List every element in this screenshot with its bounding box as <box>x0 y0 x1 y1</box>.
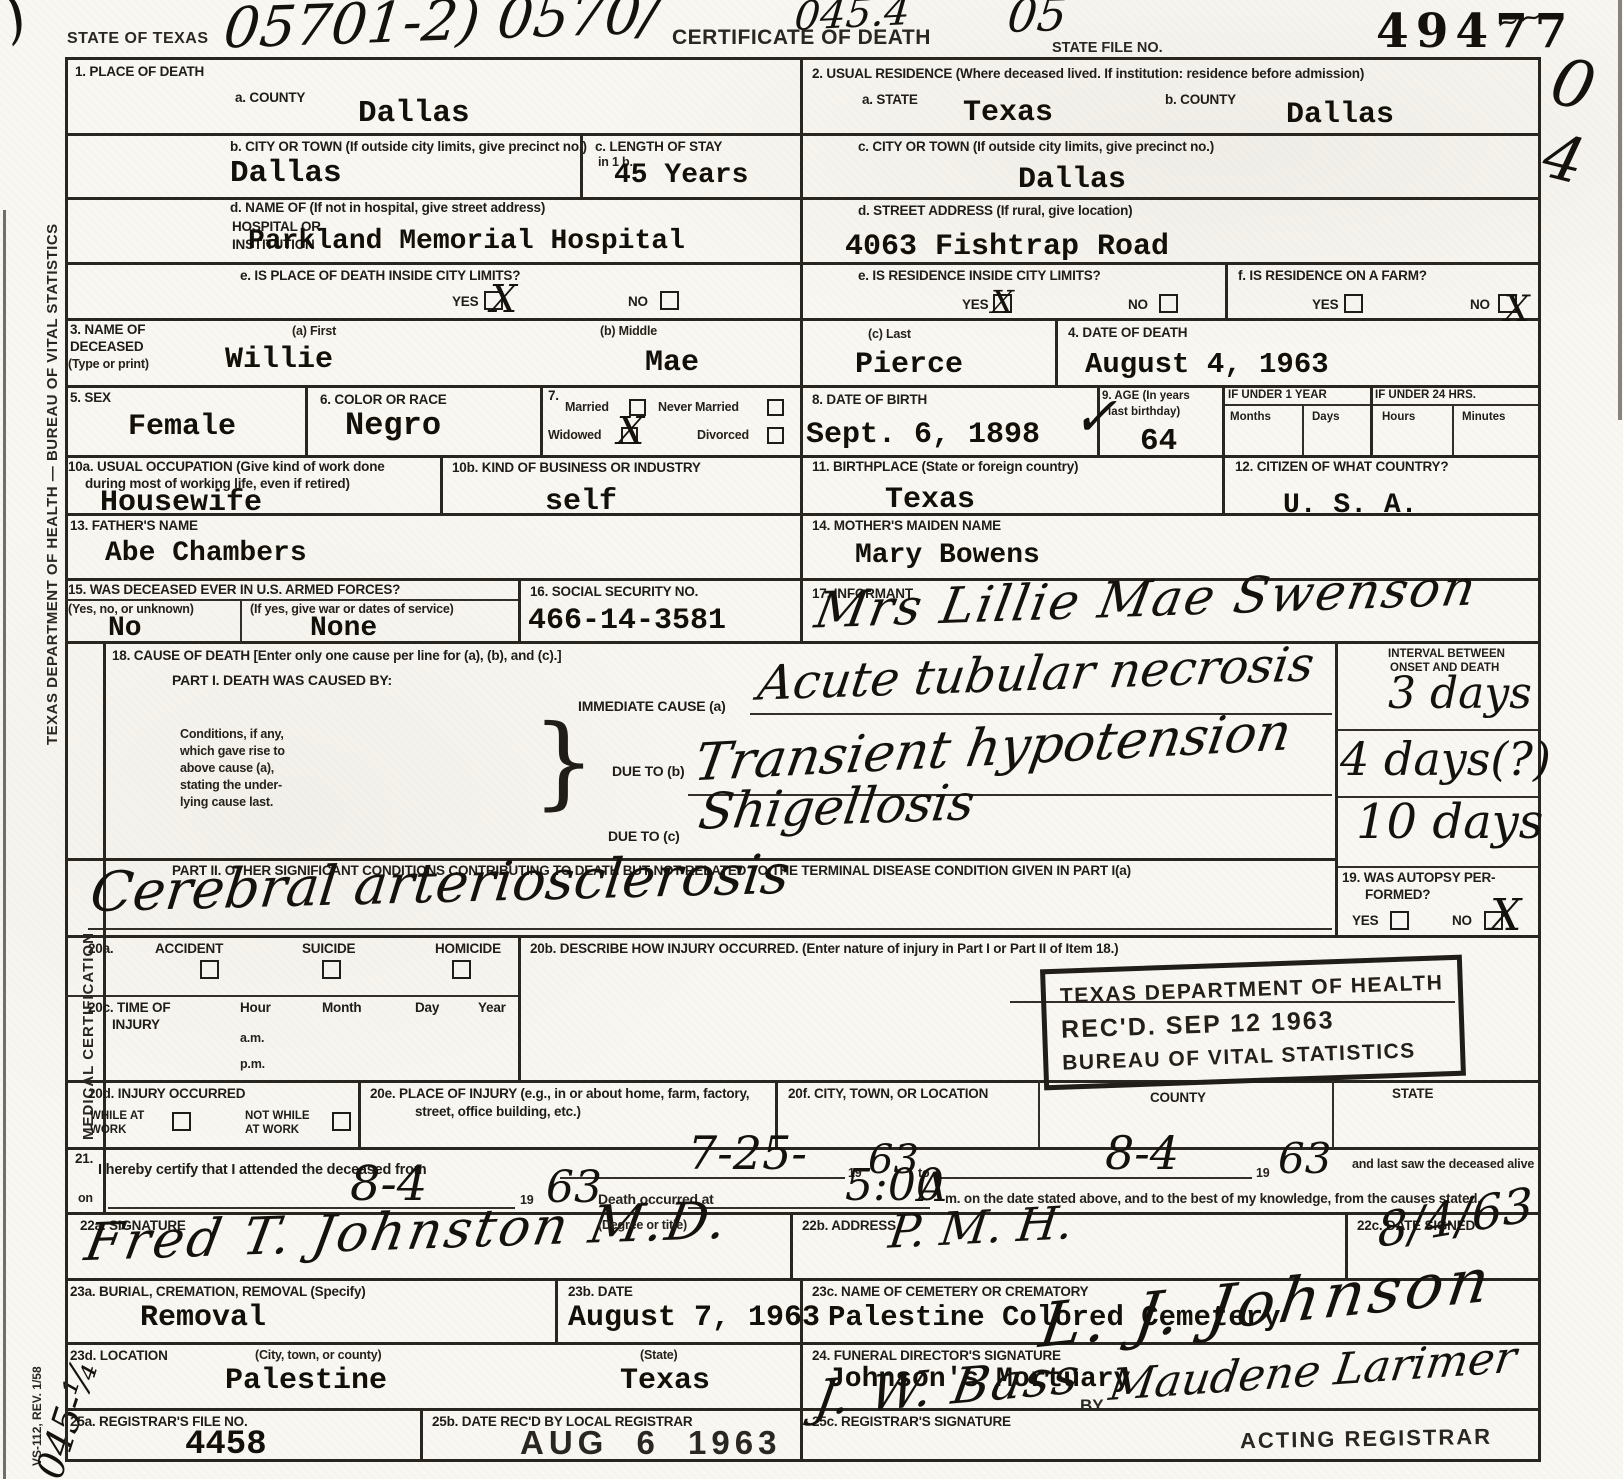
time-of-injury-label2: INJURY <box>112 1017 160 1034</box>
accident-checkbox <box>200 960 219 979</box>
married-label: Married <box>565 400 609 415</box>
grid-line <box>65 599 518 601</box>
birthplace-label: 11. BIRTHPLACE (State or foreign country… <box>812 459 1078 476</box>
grid-line <box>1302 404 1304 455</box>
citizen-value: U. S. A. <box>1283 492 1417 520</box>
mothers-maiden-name-value: Mary Bowens <box>855 542 1040 570</box>
conditions-note-1: Conditions, if any, <box>180 727 284 742</box>
middle-name-label: (b) Middle <box>600 324 657 339</box>
immediate-cause-label: IMMEDIATE CAUSE (a) <box>578 698 726 716</box>
street-address-value: 4063 Fishtrap Road <box>845 232 1169 262</box>
pen-mark-top-left: ) <box>0 0 35 46</box>
grid-line <box>800 1278 803 1408</box>
injury-state-label: STATE <box>1392 1086 1433 1103</box>
scan-edge-line-right <box>1618 0 1622 420</box>
grid-line <box>440 455 443 513</box>
scan-edge-line-left <box>3 210 6 1479</box>
name-of-deceased-label3: (Type or print) <box>68 357 149 372</box>
while-at-work-checkbox <box>172 1112 191 1131</box>
farm-yes-label: YES <box>1312 297 1338 314</box>
grid-line <box>65 1459 1540 1462</box>
date-of-birth-value: Sept. 6, 1898 <box>806 420 1040 450</box>
farm-no-x-mark: X <box>1504 292 1530 328</box>
degree-or-title-label: (Degree or title) <box>598 1218 687 1233</box>
by-label: BY <box>1080 1396 1104 1416</box>
street-address-label: d. STREET ADDRESS (If rural, give locati… <box>858 203 1132 220</box>
last-name-label: (c) Last <box>868 327 911 342</box>
never-married-label: Never Married <box>658 400 739 415</box>
farm-no-label: NO <box>1470 297 1490 314</box>
grid-line <box>240 599 242 641</box>
if-under-1-year-label: IF UNDER 1 YEAR <box>1228 389 1327 402</box>
date-of-death-label: 4. DATE OF DEATH <box>1068 325 1187 342</box>
burial-removal-label: 23a. BURIAL, CREMATION, REMOVAL (Specify… <box>70 1284 366 1301</box>
grid-line <box>540 385 543 455</box>
not-while-at-work-label: NOT WHILE <box>245 1110 310 1123</box>
autopsy-yes-label: YES <box>1352 913 1378 930</box>
informant-signature: Mrs Lillie Mae Swenson <box>811 563 1481 636</box>
attended-to-date: 8-4 <box>1105 1130 1179 1176</box>
printed-19-to: 19 <box>1256 1166 1270 1181</box>
place-of-death-label: 1. PLACE OF DEATH <box>75 64 204 81</box>
burial-date-value: August 7, 1963 <box>568 1303 820 1333</box>
residence-city-limits-label: e. IS RESIDENCE INSIDE CITY LIMITS? <box>858 268 1101 285</box>
name-of-deceased-label2: DECEASED <box>70 339 143 356</box>
state-file-number: 49477 <box>1376 4 1575 59</box>
address-handwriting: P. M. H. <box>886 1199 1075 1254</box>
cause-of-death-label: 18. CAUSE OF DEATH [Enter only one cause… <box>112 648 561 665</box>
grid-line <box>1335 866 1538 868</box>
burial-location-sub: (City, town, or county) <box>255 1348 381 1363</box>
grid-line <box>65 935 1540 938</box>
citizen-label: 12. CITIZEN OF WHAT COUNTRY? <box>1235 459 1448 476</box>
grid-line <box>1225 262 1228 318</box>
burial-location-value: Palestine <box>225 1366 387 1396</box>
hospital-value: Parkland Memorial Hospital <box>248 228 685 256</box>
day-label: Day <box>415 1000 439 1017</box>
grid-line <box>1332 1080 1334 1147</box>
month-label: Month <box>322 1000 361 1017</box>
grid-line <box>1222 385 1225 513</box>
city-of-death-label: b. CITY OR TOWN (If outside city limits,… <box>230 139 587 156</box>
county-of-death-value: Dallas <box>358 98 470 129</box>
grid-line <box>65 995 518 997</box>
residence-county-label: b. COUNTY <box>1165 92 1236 109</box>
burial-state-sub: (State) <box>640 1348 678 1363</box>
hour-label: Hour <box>240 1000 271 1017</box>
date-of-birth-label: 8. DATE OF BIRTH <box>812 392 927 409</box>
injury-occurred-label: 20d. INJURY OCCURRED <box>88 1086 245 1103</box>
certify-num: 21. <box>75 1151 93 1168</box>
conditions-note-3: above cause (a), <box>180 761 274 776</box>
last-name-value: Pierce <box>855 350 963 380</box>
fathers-name-value: Abe Chambers <box>105 540 307 568</box>
hours-label: Hours <box>1382 411 1415 424</box>
occupation-value: Housewife <box>100 488 262 518</box>
describe-injury-label: 20b. DESCRIBE HOW INJURY OCCURRED. (Ente… <box>530 941 1118 958</box>
date-recd-stamp: AUG 6 1963 <box>520 1424 781 1462</box>
interval-c-handwriting: 10 days <box>1356 798 1543 846</box>
residence-limits-yes-x-mark: X <box>991 286 1014 318</box>
middle-name-value: Mae <box>645 348 699 378</box>
grid-line <box>1335 729 1538 731</box>
length-of-stay-label: c. LENGTH OF STAY <box>595 139 722 156</box>
war-dates-value: None <box>310 615 377 643</box>
last-seen-date: 8-4 <box>350 1160 427 1208</box>
grid-line <box>800 1408 803 1459</box>
first-name-label: (a) First <box>292 324 336 339</box>
age-label2: last birthday) <box>1108 406 1180 419</box>
death-city-limits-label: e. IS PLACE OF DEATH INSIDE CITY LIMITS? <box>240 268 520 285</box>
occupation-label: 10a. USUAL OCCUPATION (Give kind of work… <box>68 459 385 476</box>
injury-county-label: COUNTY <box>1150 1090 1206 1107</box>
place-of-injury-label2: street, office building, etc.) <box>415 1104 581 1121</box>
received-stamp: TEXAS DEPARTMENT OF HEALTH REC'D. SEP 12… <box>1040 955 1466 1091</box>
usual-residence-label: 2. USUAL RESIDENCE (Where deceased lived… <box>812 66 1364 83</box>
hospital-name-label: d. NAME OF (If not in hospital, give str… <box>230 200 545 217</box>
fathers-name-label: 13. FATHER'S NAME <box>70 518 198 535</box>
days-label: Days <box>1312 411 1340 424</box>
grid-line <box>800 57 803 641</box>
length-of-stay-value: 45 Years <box>614 162 748 190</box>
residence-state-value: Texas <box>963 98 1053 128</box>
residence-state-label: a. STATE <box>862 92 918 109</box>
death-limits-yes-x-mark: X <box>490 280 517 318</box>
suicide-label: SUICIDE <box>302 941 355 958</box>
due-to-c-label: DUE TO (c) <box>608 828 680 846</box>
attended-from-date: 7-25- <box>688 1130 807 1176</box>
injury-city-label: 20f. CITY, TOWN, OR LOCATION <box>788 1086 988 1103</box>
grid-line <box>358 1080 361 1147</box>
year-label: Year <box>478 1000 506 1017</box>
age-value: 64 <box>1140 426 1177 457</box>
widowed-x-mark: X <box>617 412 644 450</box>
marital-status-label: 7. <box>548 388 559 405</box>
part2-handwriting: Cerebral arteriosclerosis <box>88 847 793 920</box>
part1-label: PART I. DEATH WAS CAUSED BY: <box>172 672 392 690</box>
place-of-injury-label: 20e. PLACE OF INJURY (e.g., in or about … <box>370 1086 749 1103</box>
grid-line <box>65 641 1540 644</box>
conditions-note-5: lying cause last. <box>180 795 273 810</box>
birthplace-value: Texas <box>885 485 975 515</box>
sex-value: Female <box>128 412 236 442</box>
autopsy-label: 19. WAS AUTOPSY PER- <box>1342 870 1495 887</box>
grid-line <box>1055 318 1058 385</box>
grid-line <box>790 1212 793 1278</box>
city-of-death-value: Dallas <box>230 158 342 189</box>
not-while-at-work-label2: AT WORK <box>245 1124 299 1137</box>
grid-line <box>305 385 308 455</box>
pen-mark-right-1: 0 <box>1545 48 1602 122</box>
interval-label-1: INTERVAL BETWEEN <box>1388 648 1505 661</box>
accident-row-num: 20a. <box>88 941 113 958</box>
sex-label: 5. SEX <box>70 390 111 407</box>
am-label: a.m. <box>240 1031 264 1046</box>
due-to-b-label: DUE TO (b) <box>612 763 684 781</box>
while-at-work-label2: WORK <box>90 1124 126 1137</box>
farm-yes-checkbox <box>1344 294 1363 313</box>
certificate-title: CERTIFICATE OF DEATH <box>672 26 931 50</box>
residence-city-value: Dallas <box>1018 165 1126 195</box>
grid-line <box>555 1278 558 1342</box>
grid-line <box>935 1177 1252 1179</box>
grid-line <box>88 928 1332 930</box>
acting-registrar-stamp: ACTING REGISTRAR <box>1240 1424 1492 1454</box>
date-of-death-value: August 4, 1963 <box>1085 350 1329 379</box>
registrar-file-no-value: 4458 <box>185 1428 267 1462</box>
brace-glyph: } <box>532 712 596 812</box>
burial-removal-value: Removal <box>140 1303 266 1333</box>
first-name-value: Willie <box>225 345 333 375</box>
armed-forces-value: No <box>108 615 142 643</box>
address-label: 22b. ADDRESS <box>802 1218 896 1235</box>
interval-b-handwriting: 4 days(?) <box>1340 736 1551 782</box>
months-label: Months <box>1230 411 1271 424</box>
grid-line <box>1222 404 1538 406</box>
armed-forces-label: 15. WAS DECEASED EVER IN U.S. ARMED FORC… <box>68 582 400 599</box>
ssn-value: 466-14-3581 <box>528 606 726 636</box>
interval-a-handwriting: 3 days <box>1388 672 1532 716</box>
autopsy-no-label: NO <box>1452 913 1472 930</box>
conditions-note-2: which gave rise to <box>180 744 285 759</box>
cause-b-handwriting: Transient hypotension <box>691 707 1295 790</box>
homicide-checkbox <box>452 960 471 979</box>
grid-line <box>65 57 68 1462</box>
pm-label: p.m. <box>240 1057 265 1072</box>
death-limits-no-label: NO <box>628 294 648 311</box>
homicide-label: HOMICIDE <box>435 941 501 958</box>
state-of-texas-label: STATE OF TEXAS <box>67 30 209 48</box>
autopsy-label2: FORMED? <box>1365 887 1430 904</box>
not-while-at-work-checkbox <box>332 1112 351 1131</box>
autopsy-no-x-mark: X <box>1490 894 1521 938</box>
residence-city-label: c. CITY OR TOWN (If outside city limits,… <box>858 139 1214 156</box>
grid-line <box>420 1408 423 1459</box>
on-word: on <box>78 1191 93 1206</box>
residence-limits-no-checkbox <box>1159 294 1178 313</box>
state-file-no-label: STATE FILE NO. <box>1052 40 1163 56</box>
residence-county-value: Dallas <box>1286 100 1394 130</box>
business-industry-label: 10b. KIND OF BUSINESS OR INDUSTRY <box>452 460 701 477</box>
grid-line <box>518 578 521 641</box>
conditions-note-4: stating the under- <box>180 778 282 793</box>
left-vertical-agency-text: TEXAS DEPARTMENT OF HEALTH — BUREAU OF V… <box>44 85 61 745</box>
minutes-label: Minutes <box>1462 411 1505 424</box>
while-at-work-label: WHILE AT <box>90 1110 144 1123</box>
grid-line <box>1370 385 1373 455</box>
time-of-injury-label: 20c. TIME OF <box>88 1000 170 1017</box>
name-of-deceased-label: 3. NAME OF <box>70 322 145 339</box>
grid-line <box>1038 1080 1040 1147</box>
county-label: a. COUNTY <box>235 90 305 107</box>
business-industry-value: self <box>545 487 617 517</box>
color-race-value: Negro <box>345 410 441 442</box>
last-saw-alive-text: and last saw the deceased alive <box>1352 1157 1534 1172</box>
death-certificate-scan: TEXAS DEPARTMENT OF HEALTH — BUREAU OF V… <box>0 0 1623 1479</box>
never-married-checkbox <box>767 399 784 416</box>
if-under-24-hrs-label: IF UNDER 24 HRS. <box>1375 389 1476 402</box>
grid-line <box>1335 641 1338 935</box>
burial-state-value: Texas <box>620 1366 710 1396</box>
to-year-handwriting: 63 <box>1278 1138 1331 1180</box>
pen-mark-right-2: 4 <box>1537 124 1590 194</box>
residence-farm-label: f. IS RESIDENCE ON A FARM? <box>1238 268 1427 285</box>
divorced-label: Divorced <box>697 428 749 443</box>
burial-date-label: 23b. DATE <box>568 1284 633 1301</box>
handwritten-code-05: 05 <box>1005 0 1069 39</box>
divorced-checkbox <box>767 427 784 444</box>
mothers-maiden-name-label: 14. MOTHER'S MAIDEN NAME <box>812 518 1001 535</box>
burial-location-label: 23d. LOCATION <box>70 1348 168 1365</box>
widowed-label: Widowed <box>548 428 601 443</box>
grid-line <box>518 935 521 1080</box>
age-label: 9. AGE (In years <box>1102 390 1190 403</box>
accident-label: ACCIDENT <box>155 941 223 958</box>
ssn-label: 16. SOCIAL SECURITY NO. <box>530 584 698 601</box>
death-limits-yes-label: YES <box>452 294 478 311</box>
suicide-checkbox <box>322 960 341 979</box>
cause-a-handwriting: Acute tubular necrosis <box>755 640 1317 707</box>
residence-limits-no-label: NO <box>1128 297 1148 314</box>
grid-line <box>1452 404 1454 455</box>
death-limits-no-checkbox <box>660 291 679 310</box>
residence-limits-yes-label: YES <box>962 297 988 314</box>
cause-c-handwriting: Shigellosis <box>696 777 978 837</box>
handwritten-file-numbers: 05701-2) 0570/ <box>221 0 663 58</box>
autopsy-yes-checkbox <box>1390 911 1409 930</box>
